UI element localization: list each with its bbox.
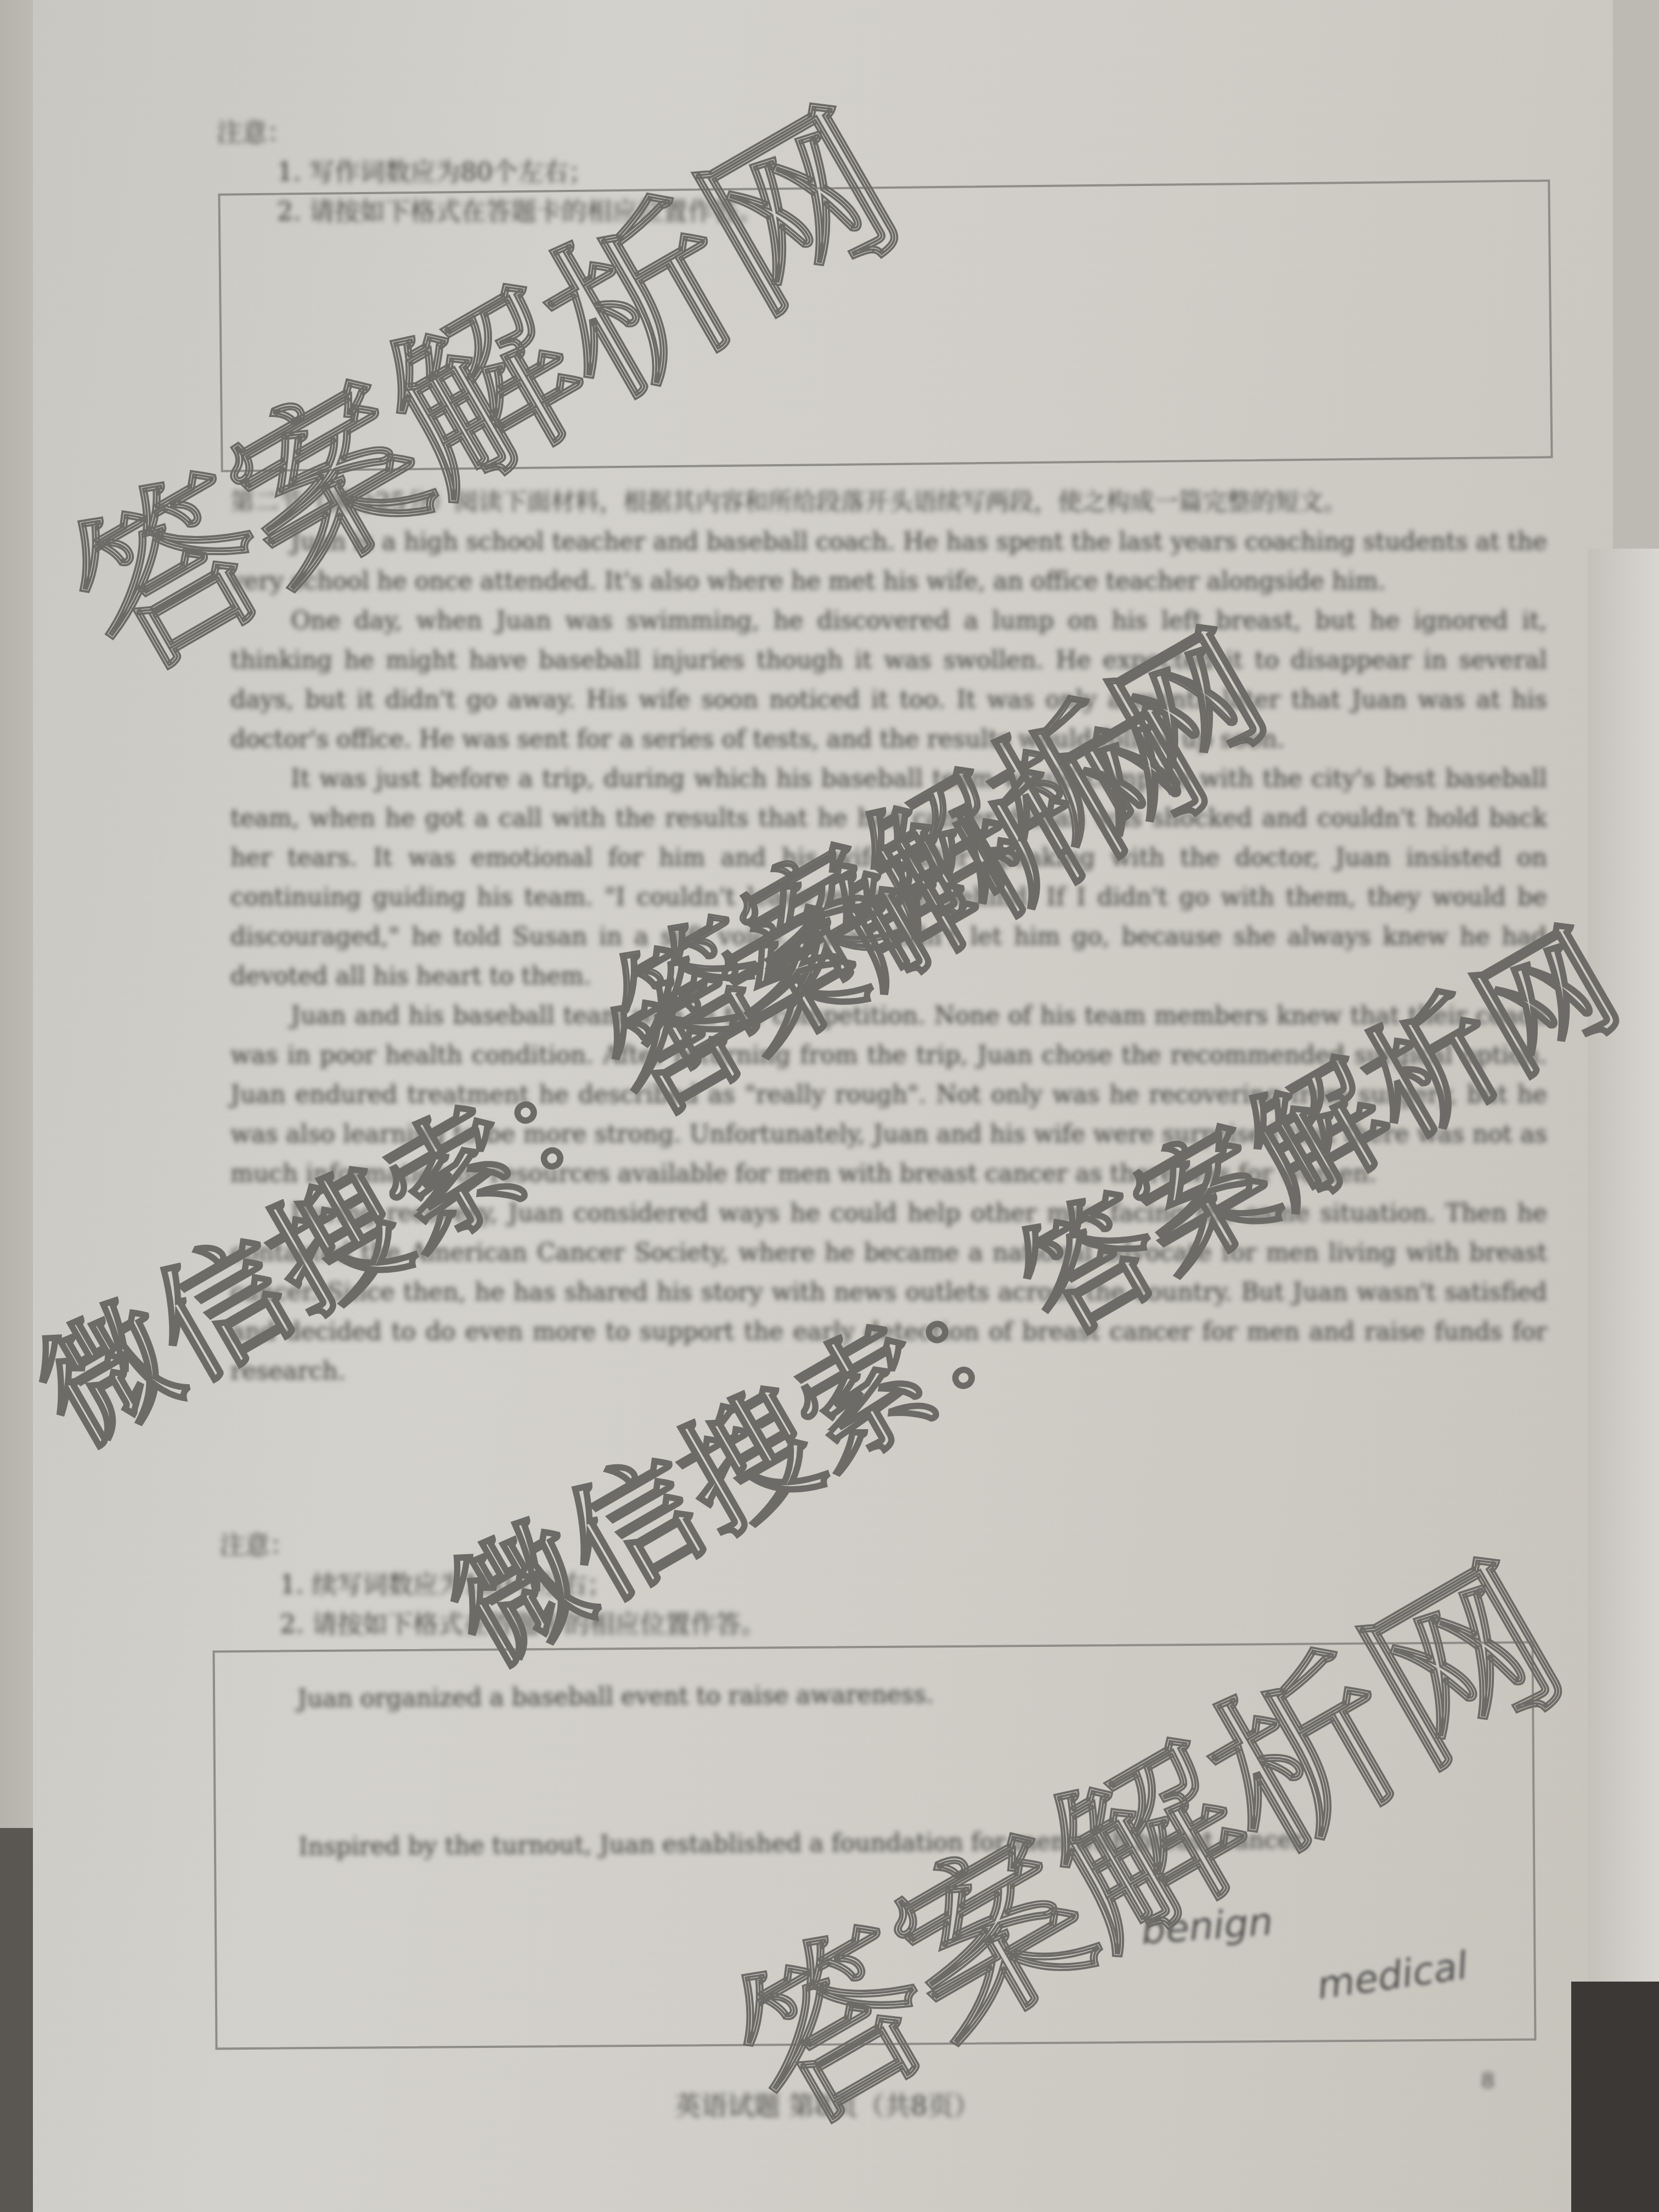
page-edge-right [1588, 549, 1659, 2212]
passage-paragraph: One day, when Juan was swimming, he disc… [230, 601, 1547, 759]
page-number: 8 [1481, 2068, 1494, 2092]
background-left [0, 1828, 33, 2212]
continuation-prompt-1: Juan organized a baseball event to raise… [297, 1675, 934, 1719]
background-corner [1571, 1982, 1659, 2212]
